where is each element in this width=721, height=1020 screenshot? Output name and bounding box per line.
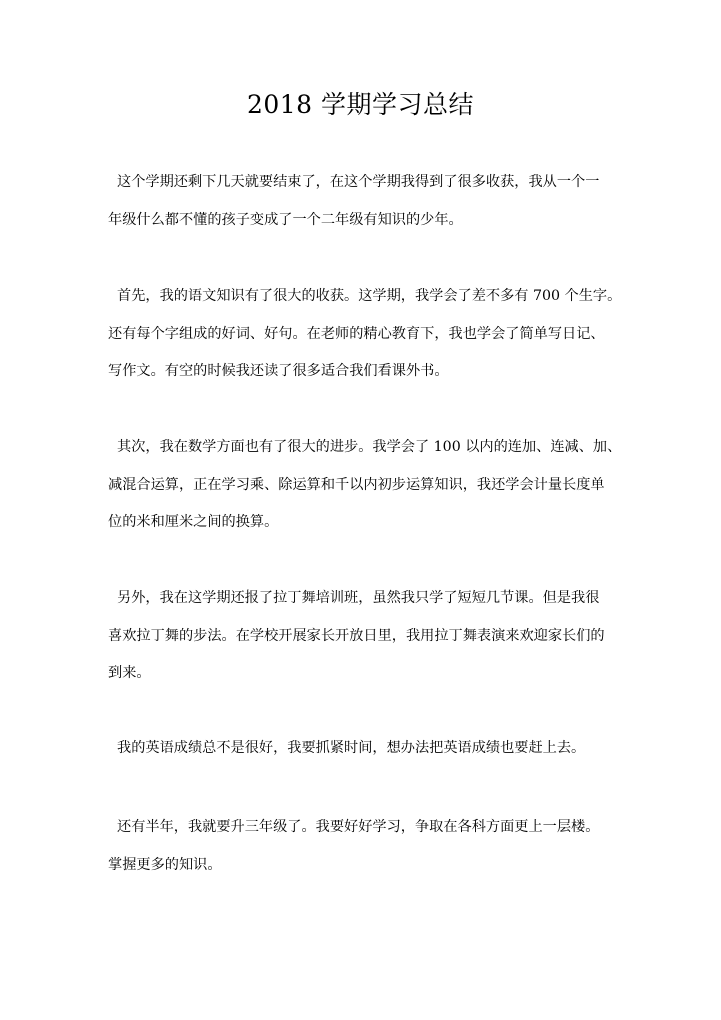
- paragraph-line: 喜欢拉丁舞的步法。在学校开展家长开放日里，我用拉丁舞表演来欢迎家长们的: [108, 618, 616, 656]
- paragraph-intro: 这个学期还剩下几天就要结束了，在这个学期我得到了很多收获，我从一个一 年级什么都…: [108, 164, 616, 239]
- paragraph-line: 另外，我在这学期还报了拉丁舞培训班，虽然我只学了短短几节课。但是我很: [108, 580, 616, 618]
- paragraph-line: 位的米和厘米之间的换算。: [108, 504, 616, 542]
- paragraph-english: 我的英语成绩总不是很好，我要抓紧时间，想办法把英语成绩也要赶上去。: [108, 730, 616, 768]
- paragraph-line: 掌握更多的知识。: [108, 847, 616, 885]
- paragraph-line: 首先，我的语文知识有了很大的收获。这学期，我学会了差不多有 700 个生字。: [108, 278, 616, 316]
- paragraph-line: 减混合运算，正在学习乘、除运算和千以内初步运算知识，我还学会计量长度单: [108, 467, 616, 505]
- paragraph-line: 其次，我在数学方面也有了很大的进步。我学会了 100 以内的连加、连减、加、: [108, 429, 616, 467]
- paragraph-line: 到来。: [108, 655, 616, 693]
- document-page: 2018 学期学习总结 这个学期还剩下几天就要结束了，在这个学期我得到了很多收获…: [0, 0, 721, 1020]
- paragraph-line: 这个学期还剩下几天就要结束了，在这个学期我得到了很多收获，我从一个一: [108, 164, 616, 202]
- paragraph-line: 写作文。有空的时候我还读了很多适合我们看课外书。: [108, 353, 616, 391]
- paragraph-chinese: 首先，我的语文知识有了很大的收获。这学期，我学会了差不多有 700 个生字。 还…: [108, 278, 616, 391]
- paragraph-line: 我的英语成绩总不是很好，我要抓紧时间，想办法把英语成绩也要赶上去。: [108, 730, 616, 768]
- paragraph-math: 其次，我在数学方面也有了很大的进步。我学会了 100 以内的连加、连减、加、 减…: [108, 429, 616, 542]
- paragraph-conclusion: 还有半年，我就要升三年级了。我要好好学习，争取在各科方面更上一层楼。 掌握更多的…: [108, 809, 616, 884]
- paragraph-line: 还有半年，我就要升三年级了。我要好好学习，争取在各科方面更上一层楼。: [108, 809, 616, 847]
- paragraph-latin-dance: 另外，我在这学期还报了拉丁舞培训班，虽然我只学了短短几节课。但是我很 喜欢拉丁舞…: [108, 580, 616, 693]
- paragraph-line: 还有每个字组成的好词、好句。在老师的精心教育下，我也学会了简单写日记、: [108, 316, 616, 354]
- document-title: 2018 学期学习总结: [0, 88, 721, 122]
- paragraph-line: 年级什么都不懂的孩子变成了一个二年级有知识的少年。: [108, 202, 616, 240]
